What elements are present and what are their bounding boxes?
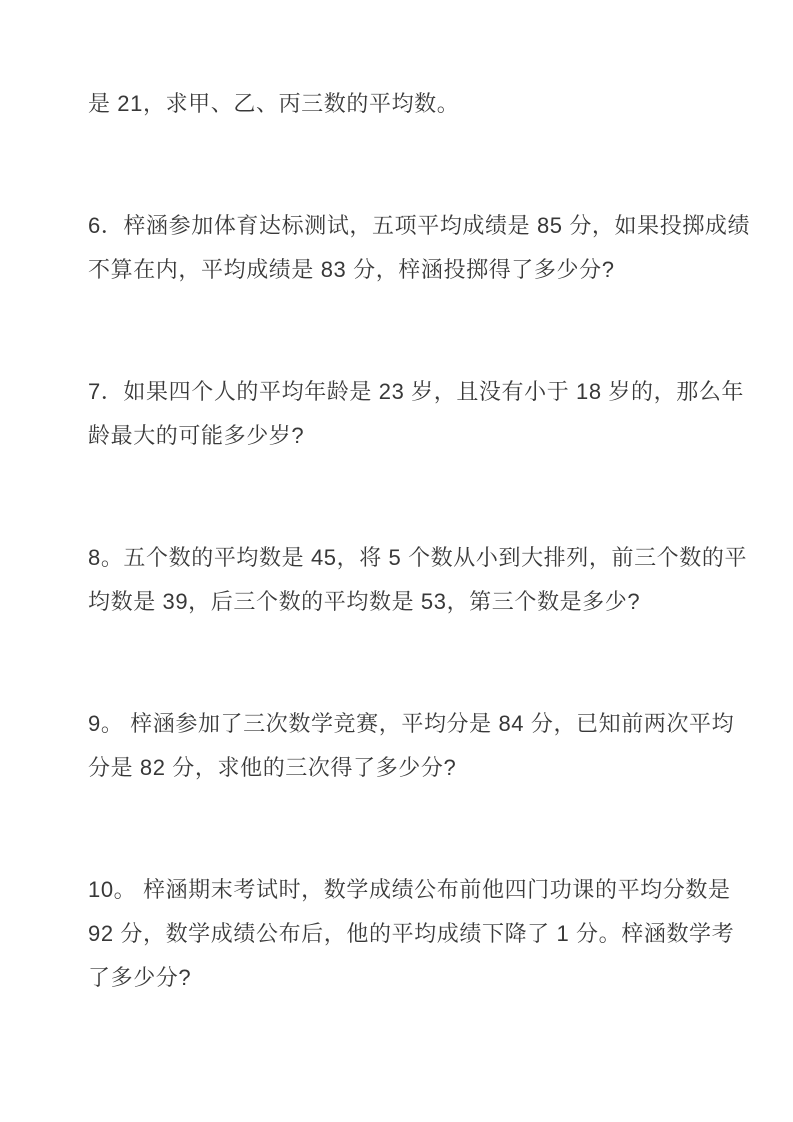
question-8-line-2: 均数是 39，后三个数的平均数是 53，第三个数是多少? <box>88 580 738 624</box>
document-content: 是 21，求甲、乙、丙三数的平均数。 6．梓涵参加体育达标测试，五项平均成绩是 … <box>88 82 738 1078</box>
question-9-line-1: 9。 梓涵参加了三次数学竞赛，平均分是 84 分，已知前两次平均 <box>88 702 738 746</box>
question-6-line-2: 不算在内，平均成绩是 83 分，梓涵投掷得了多少分? <box>88 248 738 292</box>
question-9-line-2: 分是 82 分，求他的三次得了多少分? <box>88 746 738 790</box>
paragraph-question-9: 9。 梓涵参加了三次数学竞赛，平均分是 84 分，已知前两次平均 分是 82 分… <box>88 702 738 790</box>
question-7-line-1: 7．如果四个人的平均年龄是 23 岁，且没有小于 18 岁的，那么年 <box>88 370 738 414</box>
paragraph-question-5-continuation: 是 21，求甲、乙、丙三数的平均数。 <box>88 82 738 126</box>
question-10-line-1: 10。 梓涵期末考试时，数学成绩公布前他四门功课的平均分数是 <box>88 868 738 912</box>
paragraph-question-6: 6．梓涵参加体育达标测试，五项平均成绩是 85 分，如果投掷成绩 不算在内，平均… <box>88 204 738 292</box>
paragraph-question-7: 7．如果四个人的平均年龄是 23 岁，且没有小于 18 岁的，那么年 龄最大的可… <box>88 370 738 458</box>
question-6-line-1: 6．梓涵参加体育达标测试，五项平均成绩是 85 分，如果投掷成绩 <box>88 204 738 248</box>
paragraph-question-8: 8。五个数的平均数是 45，将 5 个数从小到大排列，前三个数的平 均数是 39… <box>88 536 738 624</box>
question-10-line-3: 了多少分? <box>88 956 738 1000</box>
question-5-continuation-line-1: 是 21，求甲、乙、丙三数的平均数。 <box>88 82 738 126</box>
question-7-line-2: 龄最大的可能多少岁? <box>88 414 738 458</box>
question-8-line-1: 8。五个数的平均数是 45，将 5 个数从小到大排列，前三个数的平 <box>88 536 738 580</box>
question-10-line-2: 92 分，数学成绩公布后，他的平均成绩下降了 1 分。梓涵数学考 <box>88 912 738 956</box>
document-page: 是 21，求甲、乙、丙三数的平均数。 6．梓涵参加体育达标测试，五项平均成绩是 … <box>0 0 793 1122</box>
paragraph-question-10: 10。 梓涵期末考试时，数学成绩公布前他四门功课的平均分数是 92 分，数学成绩… <box>88 868 738 1000</box>
